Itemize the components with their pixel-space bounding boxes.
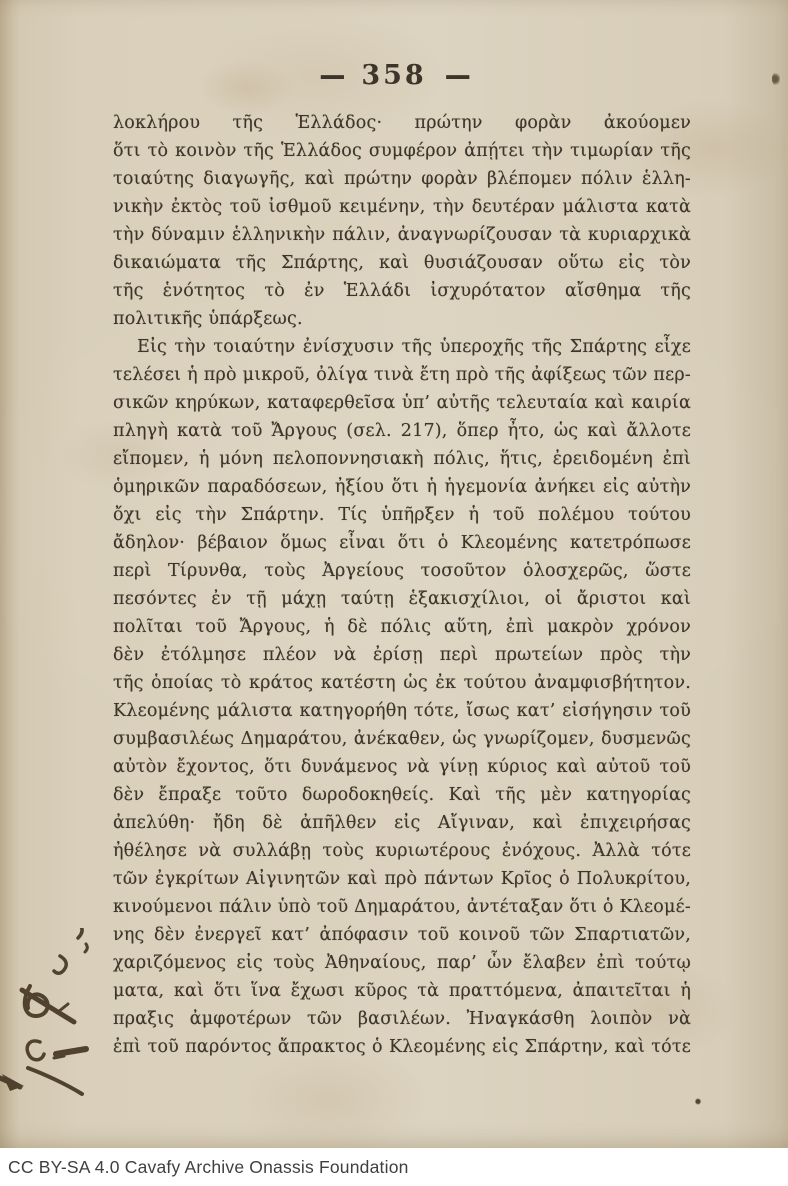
text-block: λοκλήρου τῆς Ἑλλάδος· πρώτην φορὰν ἀκούο…: [113, 109, 691, 1061]
text-line: τοιαύτης διαγωγῆς, καὶ πρώτην φορὰν βλέπ…: [113, 165, 691, 193]
text-line: δικαιώματα τῆς Σπάρτης, καὶ θυσιάζουσαν …: [113, 249, 691, 277]
text-line: ὅτι τὸ κοινὸν τῆς Ἑλλάδος συμφέρον ἀπῄτε…: [113, 137, 691, 165]
ink-speck-small: [695, 1098, 701, 1105]
text-line: τὴν δύναμιν ἑλληνικὴν πάλιν, ἀναγνωρίζου…: [113, 221, 691, 249]
handwritten-marginalia-ink: [0, 928, 120, 1128]
page-number-dash-right: —: [445, 57, 469, 95]
text-line: ματα, καὶ ὅτι ἵνα ἔχωσι κῦρος τὰ πραττόμ…: [113, 977, 691, 1005]
text-line: πραξις ἀμφοτέρων τῶν βασιλέων. Ἠναγκάσθη…: [113, 1005, 691, 1033]
text-line: συμβασιλέως Δημαράτου, ἀνέκαθεν, ὡς γνωρ…: [113, 725, 691, 753]
text-line: τῆς ὁποίας τὸ κράτος κατέστη ὡς ἐκ τούτο…: [113, 669, 691, 697]
text-line: λοκλήρου τῆς Ἑλλάδος· πρώτην φορὰν ἀκούο…: [113, 109, 691, 137]
paragraph: Εἰς τὴν τοιαύτην ἐνίσχυσιν τῆς ὑπεροχῆς …: [113, 333, 691, 1061]
page-number-row: — 358 —: [0, 60, 788, 91]
text-line: πληγὴ κατὰ τοῦ Ἄργους (σελ. 217), ὅπερ ἦ…: [113, 417, 691, 445]
text-line: τῶν ἐγκρίτων Αἰγινητῶν καὶ πρὸ πάντων Κρ…: [113, 865, 691, 893]
paragraph: λοκλήρου τῆς Ἑλλάδος· πρώτην φορὰν ἀκούο…: [113, 109, 691, 333]
text-line: αὐτὸν ἔχοντος, ὅτι δυνάμενος νὰ γίνῃ κύρ…: [113, 753, 691, 781]
license-bar: CC BY-SA 4.0 Cavafy Archive Onassis Foun…: [0, 1148, 788, 1186]
page-number: 358: [361, 60, 426, 91]
text-line: πεσόντες ἐν τῇ μάχῃ ταύτῃ ἑξακισχίλιοι, …: [113, 585, 691, 613]
text-line: εἴπομεν, ἡ μόνη πελοποννησιακὴ πόλις, ἥτ…: [113, 445, 691, 473]
text-line: νικὴν ἐκτὸς τοῦ ἰσθμοῦ κειμένην, τὴν δευ…: [113, 193, 691, 221]
text-line: τελέσει ἡ πρὸ μικροῦ, ὀλίγα τινὰ ἔτη πρὸ…: [113, 361, 691, 389]
text-line: χαριζόμενος εἰς τοὺς Ἀθηναίους, παρ’ ὧν …: [113, 949, 691, 977]
text-line: νης δὲν ἐνεργεῖ κατ’ ἀπόφασιν τοῦ κοινοῦ…: [113, 921, 691, 949]
text-line: ἀπελύθη· ἤδη δὲ ἀπῆλθεν εἰς Αἴγιναν, καὶ…: [113, 809, 691, 837]
text-line: ἄδηλον· βέβαιον ὅμως εἶναι ὅτι ὁ Κλεομέν…: [113, 529, 691, 557]
text-line: Εἰς τὴν τοιαύτην ἐνίσχυσιν τῆς ὑπεροχῆς …: [113, 333, 691, 361]
text-line: κινούμενοι πάλιν ὑπὸ τοῦ Δημαράτου, ἀντέ…: [113, 893, 691, 921]
ink-speck: [772, 72, 780, 86]
text-line: σικῶν κηρύκων, καταφερθεῖσα ὑπ’ αὐτῆς τε…: [113, 389, 691, 417]
text-line: δὲν ἔπραξε τοῦτο δωροδοκηθείς. Καὶ τῆς μ…: [113, 781, 691, 809]
text-line: ὁμηρικῶν παραδόσεων, ἠξίου ὅτι ἡ ἡγεμονί…: [113, 473, 691, 501]
license-text: CC BY-SA 4.0 Cavafy Archive Onassis Foun…: [0, 1157, 409, 1178]
text-line: ἠθέλησε νὰ συλλάβῃ τοὺς κυριωτέρους ἐνόχ…: [113, 837, 691, 865]
scanned-page: — 358 — λοκλήρου τῆς Ἑλλάδος· πρώτην φορ…: [0, 0, 788, 1148]
text-line: τῆς ἑνότητος τὸ ἐν Ἑλλάδι ἰσχυρότατον αἴ…: [113, 277, 691, 305]
page-number-dash-left: —: [319, 57, 343, 95]
text-line: ἐπὶ τοῦ παρόντος ἄπρακτος ὁ Κλεομένης εἰ…: [113, 1033, 691, 1061]
text-line: πολῖται τοῦ Ἄργους, ἡ δὲ πόλις αὕτη, ἐπὶ…: [113, 613, 691, 641]
text-line: περὶ Τίρυνθα, τοὺς Ἀργείους τοσοῦτον ὁλο…: [113, 557, 691, 585]
text-line: πολιτικῆς ὑπάρξεως.: [113, 305, 691, 333]
text-line: ὄχι εἰς τὴν Σπάρτην. Τίς ὑπῆρξεν ἡ τοῦ π…: [113, 501, 691, 529]
text-line: Κλεομένης μάλιστα κατηγορήθη τότε, ἴσως …: [113, 697, 691, 725]
text-line: δὲν ἐτόλμησε πλέον νὰ ἐρίσῃ περὶ πρωτείω…: [113, 641, 691, 669]
